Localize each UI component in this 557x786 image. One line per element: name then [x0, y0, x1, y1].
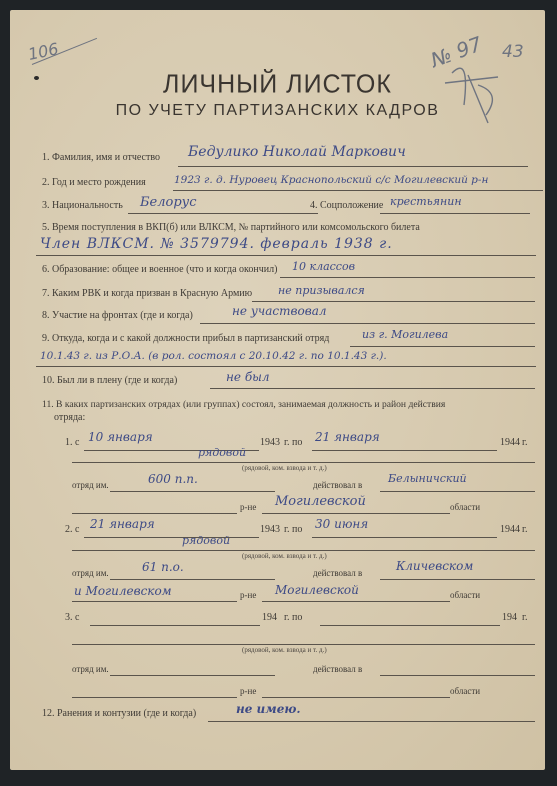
year-suffix-3: г. — [522, 612, 527, 623]
entry-1-district-line — [72, 513, 237, 514]
entry-3-from-line — [90, 625, 260, 626]
entry-2-detachment-line — [110, 579, 275, 580]
entry-2-number: 2. с — [65, 524, 79, 535]
field-8-label: 8. Участие на фронтах (где и когда) — [42, 310, 193, 321]
field-3-value: Белорус — [140, 195, 197, 210]
entry-2-district-label: р-не — [240, 590, 256, 600]
entry-2-from-year: 1943 — [260, 524, 280, 535]
field-12-label: 12. Ранения и контузии (где и когда) — [42, 708, 196, 719]
entry-1-to-line — [312, 450, 497, 451]
entry-1-acted-in: Белыничский — [388, 472, 467, 485]
field-6-label: 6. Образование: общее и военное (что и к… — [42, 264, 277, 275]
entry-3-acted-label: действовал в — [313, 664, 362, 674]
field-7-line — [252, 301, 535, 302]
entry-2-district-prefix: и Могилевском — [74, 584, 172, 598]
entry-3-region-label: области — [450, 686, 480, 696]
field-4-label: 4. Соцположение — [310, 200, 383, 211]
entry-3-district-line — [72, 697, 237, 698]
entry-2-district-line — [72, 601, 237, 602]
entry-3-acted-line — [380, 675, 535, 676]
entry-2-detachment: 61 п.о. — [142, 560, 184, 574]
field-2-label: 2. Год и место рождения — [42, 177, 146, 188]
entry-1-acted-label: действовал в — [313, 480, 362, 490]
entry-3-district-label: р-не — [240, 686, 256, 696]
entry-3-to-word: г. по — [284, 612, 302, 623]
entry-2-position: рядовой — [182, 534, 230, 547]
field-11-label-line2: отряда: — [54, 412, 85, 423]
field-9-value: из г. Могилева — [362, 328, 448, 341]
field-10-label: 10. Был ли в плену (где и когда) — [42, 375, 177, 386]
field-11-label: 11. В каких партизанских отрядах (или гр… — [42, 399, 445, 410]
entry-1-region-label: области — [450, 502, 480, 512]
entry-2-from-line — [84, 537, 259, 538]
field-3-label: 3. Национальность — [42, 200, 123, 211]
field-8-value: не участвовал — [232, 304, 327, 318]
entry-2-region-label: области — [450, 590, 480, 600]
field-6-line — [280, 277, 535, 278]
entry-2-to-line — [312, 537, 497, 538]
field-1-value: Бедулико Николай Маркович — [188, 144, 406, 160]
field-2-value: 1923 г. д. Нуровец Краснопольский с/с Мо… — [174, 174, 488, 186]
entry-1-position-hint: (рядовой, ком. взвода и т. д.) — [242, 464, 327, 472]
field-9-line-2 — [36, 366, 536, 367]
entry-1-acted-line — [380, 491, 535, 492]
field-9-line — [350, 346, 535, 347]
document-page: 106 43 № 97 ЛИЧНЫЙ ЛИСТОК ПО УЧЕТУ ПАРТИ… — [10, 10, 545, 770]
field-8-line — [200, 323, 535, 324]
entry-1-detachment-line — [110, 491, 275, 492]
entry-1-detachment: 600 п.п. — [148, 472, 198, 486]
field-5-value: Член ВЛКСМ. № 3579794. февраль 1938 г. — [40, 236, 393, 252]
field-9-label: 9. Откуда, когда и с какой должности при… — [42, 333, 329, 344]
entry-2-region-line — [262, 601, 450, 602]
entry-2-from: 21 января — [90, 517, 155, 531]
field-6-value: 10 классов — [292, 260, 355, 273]
entry-3-number: 3. с — [65, 612, 79, 623]
entry-2-acted-in: Кличевском — [396, 559, 473, 573]
field-4-value: крестьянин — [390, 195, 462, 208]
document-title: ЛИЧНЫЙ ЛИСТОК — [10, 69, 545, 99]
field-2-line — [173, 190, 543, 191]
entry-1-region: Могилевской — [275, 494, 366, 509]
entry-1-district-label: р-не — [240, 502, 256, 512]
entry-3-region-line — [262, 697, 450, 698]
field-1-label: 1. Фамилия, имя и отчество — [42, 152, 160, 163]
entry-1-position: рядовой — [198, 446, 246, 459]
year-suffix-2: г. — [522, 524, 527, 535]
entry-1-number: 1. с — [65, 437, 79, 448]
field-7-value: не призывался — [278, 284, 365, 297]
entry-2-position-hint: (рядовой, ком. взвода и т. д.) — [242, 552, 327, 560]
entry-1-to: 21 января — [315, 430, 380, 444]
field-7-label: 7. Каким РВК и когда призван в Красную А… — [42, 288, 252, 299]
field-12-value: не имею. — [236, 702, 301, 716]
entry-1-to-word: г. по — [284, 437, 302, 448]
field-9-value-line2: 10.1.43 г. из Р.О.А. (в рол. состоял с 2… — [40, 350, 387, 362]
field-12-line — [208, 721, 535, 722]
entry-3-from-year: 194 — [262, 612, 277, 623]
entry-3-detachment-label: отряд им. — [72, 664, 109, 674]
entry-1-region-line — [262, 513, 450, 514]
entry-1-from: 10 января — [88, 430, 153, 444]
entry-2-position-line — [72, 550, 535, 551]
entry-3-to-line — [320, 625, 500, 626]
field-1-line — [178, 166, 528, 167]
entry-2-to-year: 1944 — [500, 524, 520, 535]
entry-3-to-year: 194 — [502, 612, 517, 623]
entry-1-detachment-label: отряд им. — [72, 480, 109, 490]
entry-3-position-hint: (рядовой, ком. взвода и т. д.) — [242, 646, 327, 654]
entry-1-position-line — [72, 462, 535, 463]
entry-3-detachment-line — [110, 675, 275, 676]
field-10-value: не был — [226, 370, 270, 384]
document-subtitle: ПО УЧЕТУ ПАРТИЗАНСКИХ КАДРОВ — [10, 102, 545, 120]
entry-2-acted-line — [380, 579, 535, 580]
entry-1-from-year: 1943 — [260, 437, 280, 448]
field-5-label: 5. Время поступления в ВКП(б) или ВЛКСМ,… — [42, 222, 420, 233]
entry-2-acted-label: действовал в — [313, 568, 362, 578]
entry-2-to: 30 июня — [315, 517, 368, 531]
field-4-line — [380, 213, 530, 214]
entry-2-to-word: г. по — [284, 524, 302, 535]
field-5-line — [36, 255, 536, 256]
year-suffix: г. — [522, 437, 527, 448]
entry-3-position-line — [72, 644, 535, 645]
field-10-line — [210, 388, 535, 389]
field-3-line — [128, 213, 318, 214]
entry-2-detachment-label: отряд им. — [72, 568, 109, 578]
entry-2-region: Могилевской — [275, 583, 359, 597]
entry-1-to-year: 1944 — [500, 437, 520, 448]
